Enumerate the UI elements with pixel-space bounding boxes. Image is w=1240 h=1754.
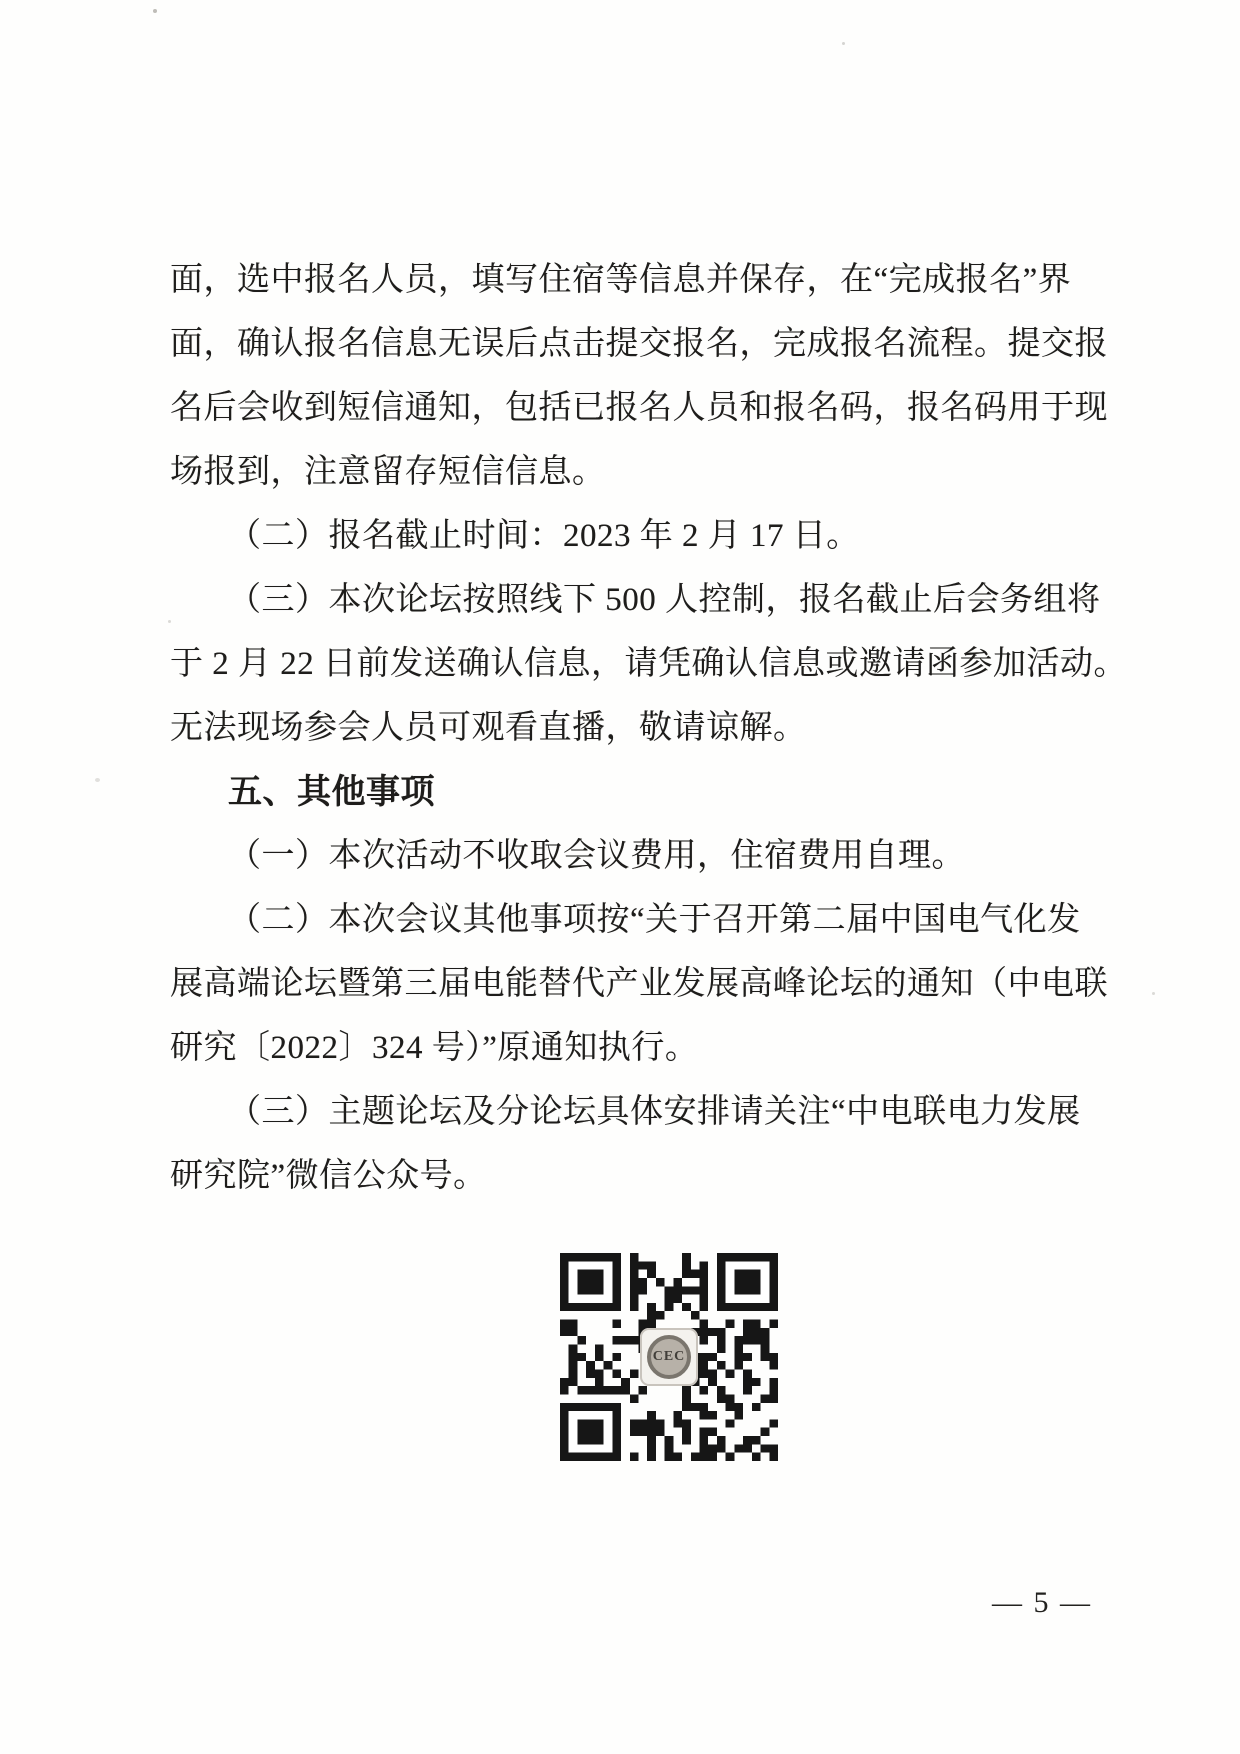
body-line-15: 研究院”微信公众号。 — [170, 1144, 1110, 1208]
body-line-2: 面，确认报名信息无误后点击提交报名，完成报名流程。提交报 — [170, 312, 1110, 376]
scan-speck — [95, 778, 100, 782]
cec-logo-icon: CEC — [647, 1335, 691, 1379]
body-line-4: 场报到，注意留存短信信息。 — [170, 440, 1110, 504]
body-line-11: （二）本次会议其他事项按“关于召开第二届中国电气化发 — [170, 888, 1110, 952]
qr-code: CEC — [560, 1253, 778, 1461]
scan-speck — [168, 620, 171, 623]
body-line-12: 展高端论坛暨第三届电能替代产业发展高峰论坛的通知（中电联 — [170, 952, 1110, 1016]
body-line-1: 面，选中报名人员，填写住宿等信息并保存，在“完成报名”界 — [170, 248, 1110, 312]
section-heading: 五、其他事项 — [170, 760, 1110, 824]
document-body: 面，选中报名人员，填写住宿等信息并保存，在“完成报名”界 面，确认报名信息无误后… — [170, 248, 1110, 1208]
document-page: 面，选中报名人员，填写住宿等信息并保存，在“完成报名”界 面，确认报名信息无误后… — [0, 0, 1240, 1754]
body-line-7: 于 2 月 22 日前发送确认信息，请凭确认信息或邀请函参加活动。 — [170, 632, 1110, 696]
qr-center-logo: CEC — [640, 1328, 698, 1386]
scan-speck — [1152, 992, 1155, 995]
scan-speck — [153, 9, 157, 13]
cec-logo-text: CEC — [653, 1349, 686, 1365]
body-line-14: （三）主题论坛及分论坛具体安排请关注“中电联电力发展 — [170, 1080, 1110, 1144]
body-line-10: （一）本次活动不收取会议费用，住宿费用自理。 — [170, 824, 1110, 888]
page-number: — 5 — — [992, 1586, 1102, 1620]
body-line-8: 无法现场参会人员可观看直播，敬请谅解。 — [170, 696, 1110, 760]
body-line-5: （二）报名截止时间：2023 年 2 月 17 日。 — [170, 504, 1110, 568]
body-line-6: （三）本次论坛按照线下 500 人控制，报名截止后会务组将 — [170, 568, 1110, 632]
body-line-13: 研究〔2022〕324 号）”原通知执行。 — [170, 1016, 1110, 1080]
scan-speck — [842, 42, 845, 45]
body-line-3: 名后会收到短信通知，包括已报名人员和报名码，报名码用于现 — [170, 376, 1110, 440]
